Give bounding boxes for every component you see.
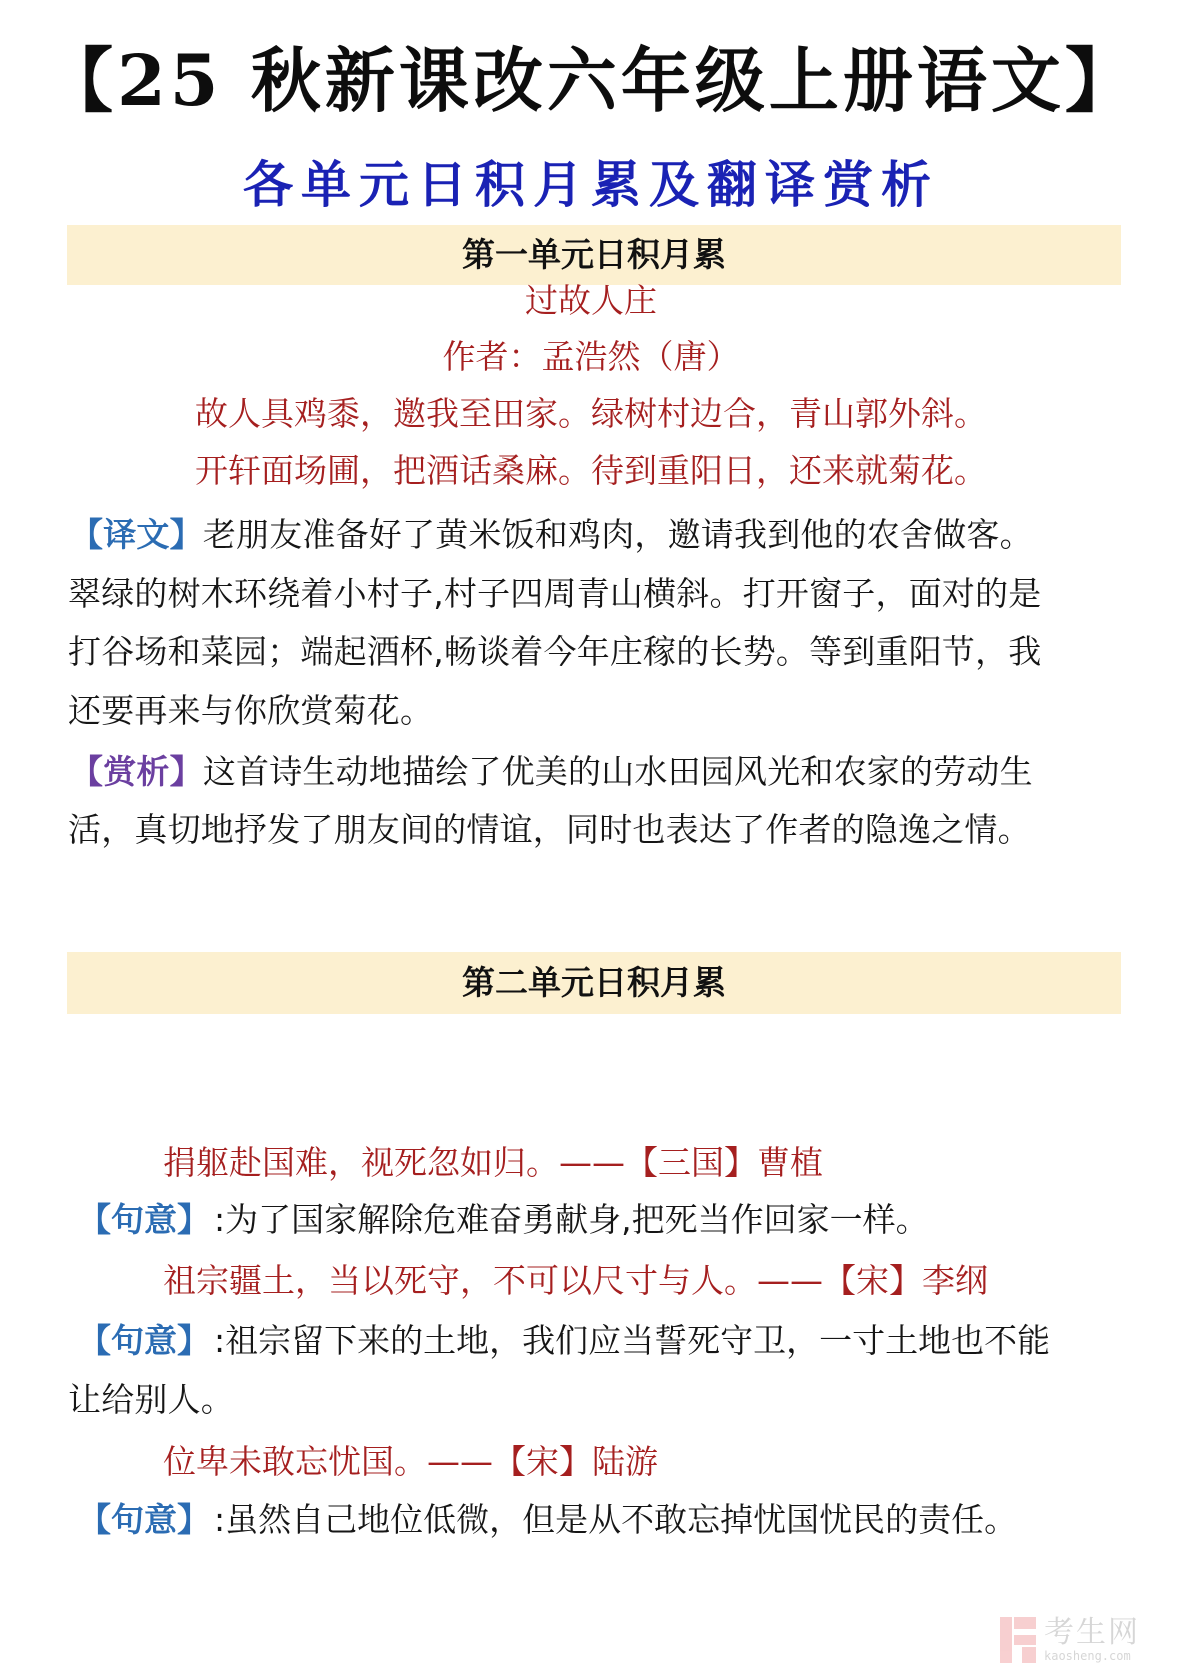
meaning-2-cont: 让给别人。 bbox=[68, 1370, 1128, 1430]
meaning-1: 【句意】:为了国家解除危难奋勇献身,把死当作回家一样。 bbox=[78, 1190, 1128, 1250]
translation-line-3: 打谷场和菜园；端起酒杯,畅谈着今年庄稼的长势。等到重阳节，我 bbox=[68, 622, 1128, 682]
document-subtitle: 各单元日积月累及翻译赏析 bbox=[0, 150, 1182, 220]
watermark-en: kaosheng.com bbox=[1044, 1649, 1140, 1663]
watermark: 考生网 kaosheng.com bbox=[1000, 1610, 1165, 1670]
meaning-text: :为了国家解除危难奋勇献身,把死当作回家一样。 bbox=[214, 1200, 929, 1239]
poem-line-2: 开轩面场圃，把酒话桑麻。待到重阳日，还来就菊花。 bbox=[0, 446, 1182, 496]
translation-line-4: 还要再来与你欣赏菊花。 bbox=[68, 681, 1128, 741]
poem-line-1: 故人具鸡黍，邀我至田家。绿树村边合，青山郭外斜。 bbox=[0, 389, 1182, 439]
meaning-2: 【句意】:祖宗留下来的土地，我们应当誓死守卫，一寸土地也不能 bbox=[78, 1311, 1128, 1371]
translation-line-1: 【译文】老朋友准备好了黄米饭和鸡肉，邀请我到他的农舍做客。 bbox=[70, 505, 1130, 565]
kaosheng-logo-icon bbox=[1000, 1617, 1036, 1663]
meaning-3: 【句意】:虽然自己地位低微，但是从不敢忘掉忧国忧民的责任。 bbox=[78, 1490, 1128, 1550]
poem-author: 作者：孟浩然（唐） bbox=[0, 332, 1182, 382]
quote-1: 捐躯赴国难，视死忽如归。——【三国】曹植 bbox=[163, 1138, 823, 1188]
quote-3: 位卑未敢忘忧国。——【宋】陆游 bbox=[163, 1437, 658, 1487]
translation-text: 老朋友准备好了黄米饭和鸡肉，邀请我到他的农舍做客。 bbox=[203, 515, 1033, 554]
meaning-tag: 【句意】 bbox=[78, 1200, 210, 1239]
meaning-tag: 【句意】 bbox=[78, 1500, 210, 1539]
meaning-text: :虽然自己地位低微，但是从不敢忘掉忧国忧民的责任。 bbox=[214, 1500, 1017, 1539]
appreciation-line-1: 【赏析】这首诗生动地描绘了优美的山水田园风光和农家的劳动生 bbox=[70, 742, 1130, 802]
appreciation-line-2: 活，真切地抒发了朋友间的情谊，同时也表达了作者的隐逸之情。 bbox=[68, 800, 1128, 860]
appreciation-text: 这首诗生动地描绘了优美的山水田园风光和农家的劳动生 bbox=[203, 752, 1033, 791]
meaning-text: :祖宗留下来的土地，我们应当誓死守卫，一寸土地也不能 bbox=[214, 1321, 1050, 1360]
watermark-cn: 考生网 bbox=[1044, 1617, 1140, 1649]
translation-line-2: 翠绿的树木环绕着小村子,村子四周青山横斜。打开窗子，面对的是 bbox=[68, 564, 1128, 624]
translation-tag: 【译文】 bbox=[70, 515, 203, 554]
meaning-tag: 【句意】 bbox=[78, 1321, 210, 1360]
unit2-heading: 第二单元日积月累 bbox=[67, 952, 1121, 1014]
document-title: 【25 秋新课改六年级上册语文】 bbox=[0, 36, 1182, 126]
quote-2: 祖宗疆土，当以死守，不可以尺寸与人。——【宋】李纲 bbox=[163, 1256, 988, 1306]
appreciation-tag: 【赏析】 bbox=[70, 752, 203, 791]
poem-title: 过故人庄 bbox=[0, 276, 1182, 326]
